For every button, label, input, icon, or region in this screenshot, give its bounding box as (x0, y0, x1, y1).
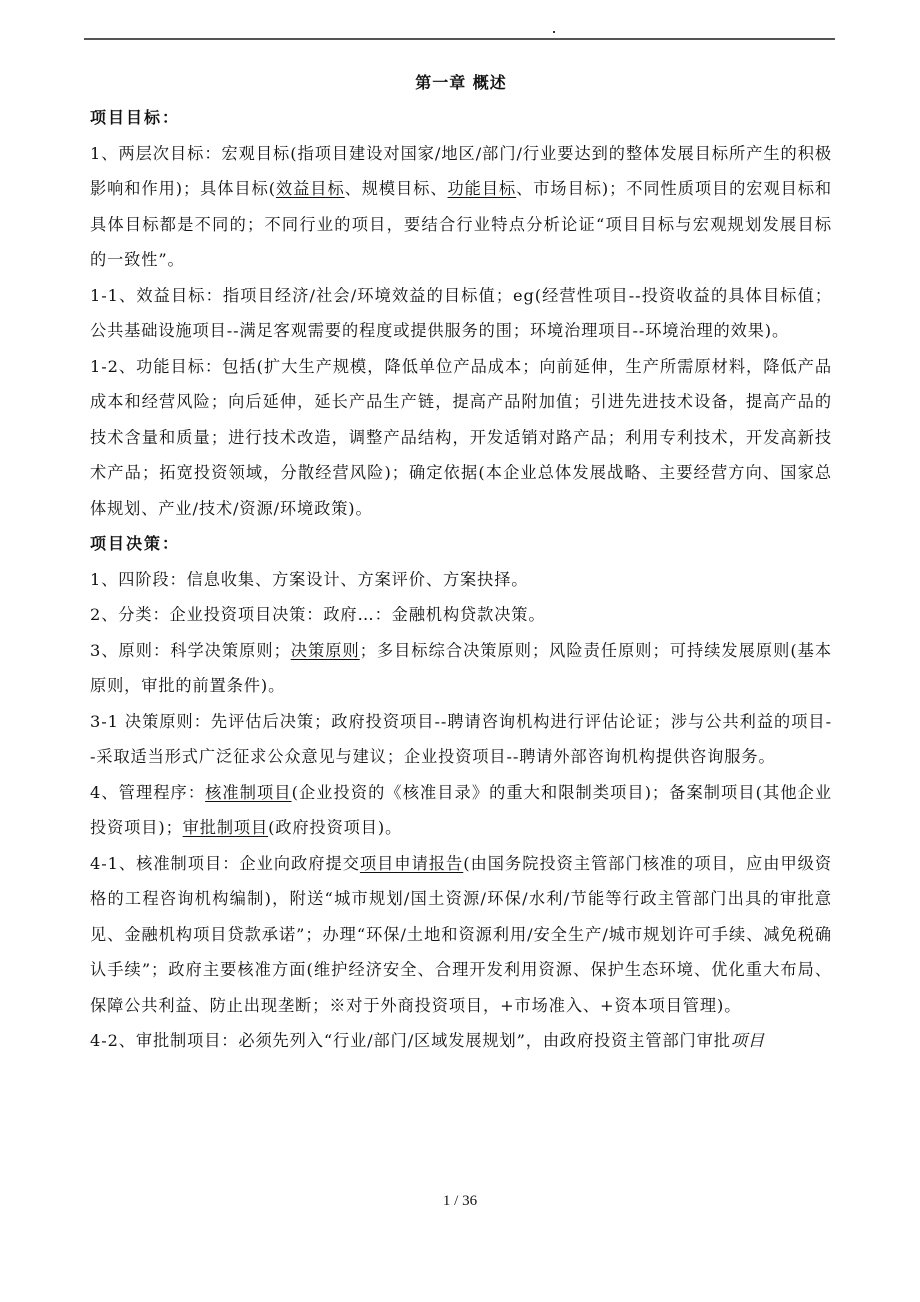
text-run: (政府投资项目)。 (268, 818, 402, 837)
paragraph: 4-1、核准制项目：企业向政府提交项目申请报告(由国务院投资主管部门核准的项目，… (90, 846, 832, 1024)
text-run: 1-1、效益目标：指项目经济/社会/环境效益的目标值；eg(经营性项目--投资收… (90, 286, 832, 341)
text-run: 1-2、功能目标：包括(扩大生产规模，降低单位产品成本；向前延伸，生产所需原材料… (90, 357, 832, 518)
paragraph: 1-2、功能目标：包括(扩大生产规模，降低单位产品成本；向前延伸，生产所需原材料… (90, 349, 832, 527)
paragraph: 3-1 决策原则：先评估后决策；政府投资项目--聘请咨询机构进行评估论证；涉与公… (90, 704, 832, 775)
section-project-goals: 项目目标： 1、两层次目标：宏观目标(指项目建设对国家/地区/部门/行业要达到的… (90, 100, 832, 526)
underlined-term: 决策原则 (291, 641, 360, 660)
page-body: 第一章 概述 项目目标： 1、两层次目标：宏观目标(指项目建设对国家/地区/部门… (90, 66, 832, 1059)
text-run: 4-2、审批制项目：必须先列入“行业/部门/区域发展规划”，由政府投资主管部门审… (90, 1031, 731, 1050)
underlined-term: 审批制项目 (183, 818, 268, 837)
paragraph: 4、管理程序：核准制项目(企业投资的《核准目录》的重大和限制类项目)；备案制项目… (90, 775, 832, 846)
header-mark (553, 31, 555, 33)
section-project-decision: 项目决策： 1、四阶段：信息收集、方案设计、方案评价、方案抉择。 2、分类：企业… (90, 526, 832, 1059)
text-run: 2、分类：企业投资项目决策：政府…：金融机构贷款决策。 (90, 605, 545, 624)
paragraph: 1、两层次目标：宏观目标(指项目建设对国家/地区/部门/行业要达到的整体发展目标… (90, 136, 832, 278)
text-run: 1、四阶段：信息收集、方案设计、方案评价、方案抉择。 (90, 570, 528, 589)
section-heading: 项目目标： (90, 100, 832, 136)
italic-text: 项目 (731, 1031, 765, 1050)
paragraph: 1、四阶段：信息收集、方案设计、方案评价、方案抉择。 (90, 562, 832, 598)
text-run: 3-1 决策原则：先评估后决策；政府投资项目--聘请咨询机构进行评估论证；涉与公… (90, 712, 832, 767)
text-run: (由国务院投资主管部门核准的项目，应由甲级资格的工程咨询机构编制)，附送“城市规… (90, 854, 832, 1015)
underlined-term: 核准制项目 (205, 783, 291, 802)
paragraph: 2、分类：企业投资项目决策：政府…：金融机构贷款决策。 (90, 597, 832, 633)
underlined-term: 效益目标 (276, 179, 345, 198)
chapter-title: 第一章 概述 (90, 66, 832, 100)
paragraph: 4-2、审批制项目：必须先列入“行业/部门/区域发展规划”，由政府投资主管部门审… (90, 1023, 832, 1059)
section-heading: 项目决策： (90, 526, 832, 562)
header-rule (84, 38, 835, 40)
text-run: 、规模目标、 (345, 179, 448, 198)
text-run: 4-1、核准制项目：企业向政府提交 (90, 854, 360, 873)
underlined-term: 功能目标 (448, 179, 517, 198)
text-run: 4、管理程序： (90, 783, 205, 802)
text-run: 3、原则：科学决策原则； (90, 641, 291, 660)
paragraph: 1-1、效益目标：指项目经济/社会/环境效益的目标值；eg(经营性项目--投资收… (90, 278, 832, 349)
underlined-term: 项目申请报告 (360, 854, 463, 873)
paragraph: 3、原则：科学决策原则；决策原则；多目标综合决策原则；风险责任原则；可持续发展原… (90, 633, 832, 704)
page-number: 1 / 36 (0, 1193, 920, 1210)
